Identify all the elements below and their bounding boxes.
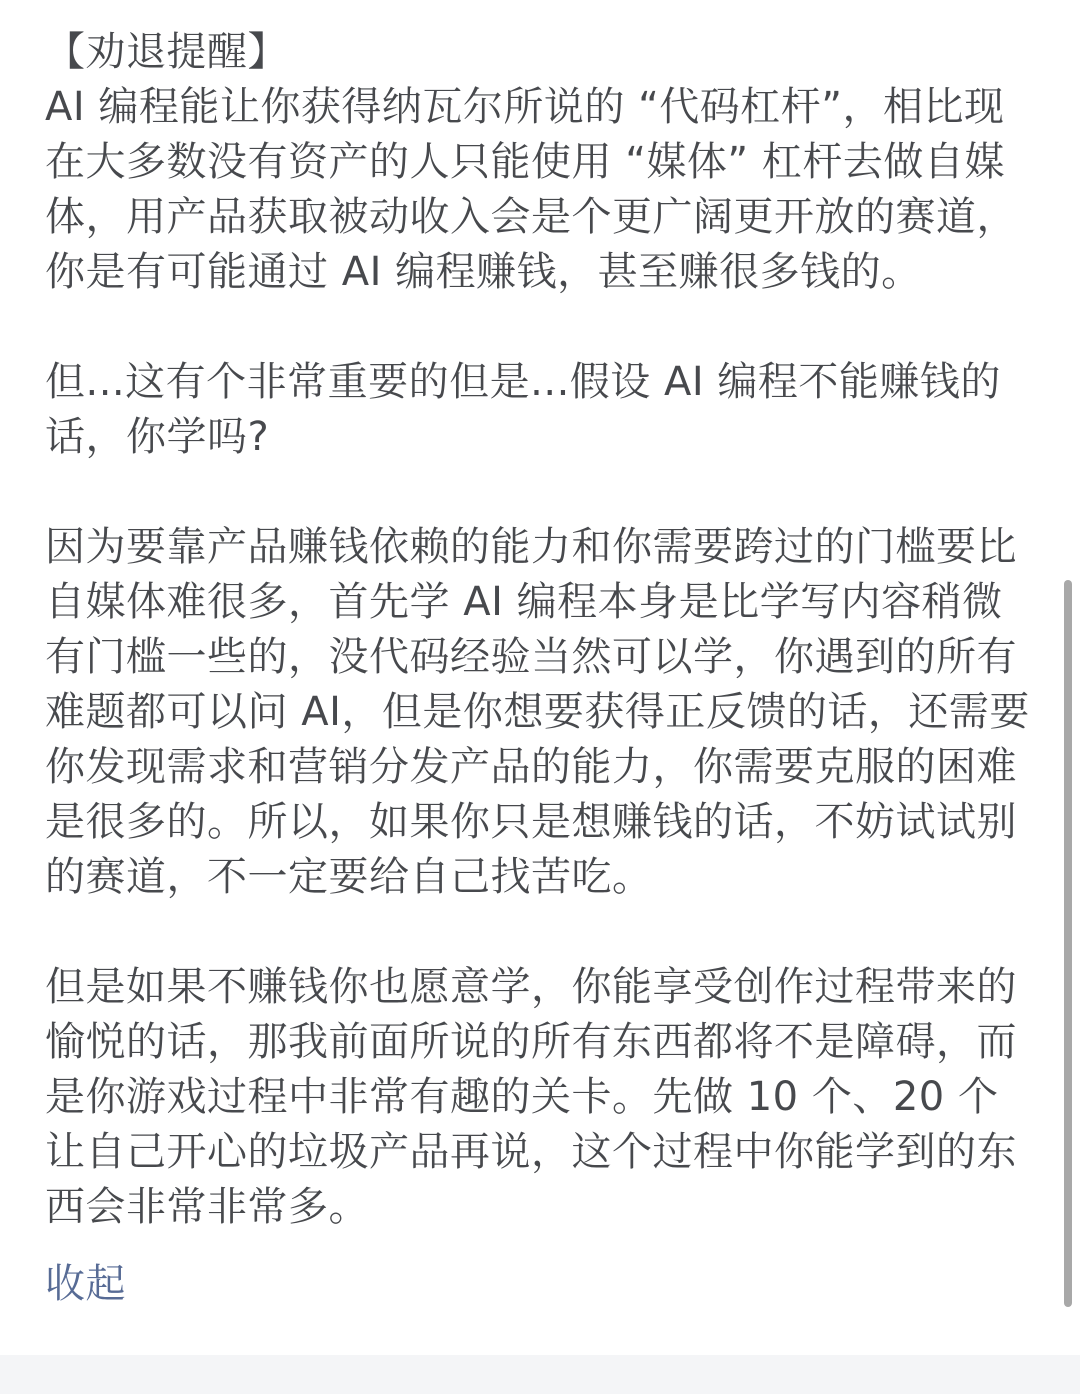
paragraph: 因为要靠产品赚钱依赖的能力和你需要跨过的门槛要比自媒体难很多，首先学 AI 编程… [45,520,1035,905]
paragraph: 但是如果不赚钱你也愿意学，你能享受创作过程带来的愉悦的话，那我前面所说的所有东西… [45,960,1035,1235]
footer-separator [0,1355,1080,1394]
paragraph: AI 编程能让你获得纳瓦尔所说的 “代码杠杆”，相比现在大多数没有资产的人只能使… [45,80,1035,300]
post-screen: 【劝退提醒】 AI 编程能让你获得纳瓦尔所说的 “代码杠杆”，相比现在大多数没有… [0,0,1080,1394]
scrollbar-thumb[interactable] [1064,580,1072,1307]
article-title: 【劝退提醒】 [45,25,1035,80]
article-body: 【劝退提醒】 AI 编程能让你获得纳瓦尔所说的 “代码杠杆”，相比现在大多数没有… [0,0,1080,1312]
paragraph: 但...这有个非常重要的但是...假设 AI 编程不能赚钱的话，你学吗? [45,355,1035,465]
collapse-link[interactable]: 收起 [45,1257,126,1312]
